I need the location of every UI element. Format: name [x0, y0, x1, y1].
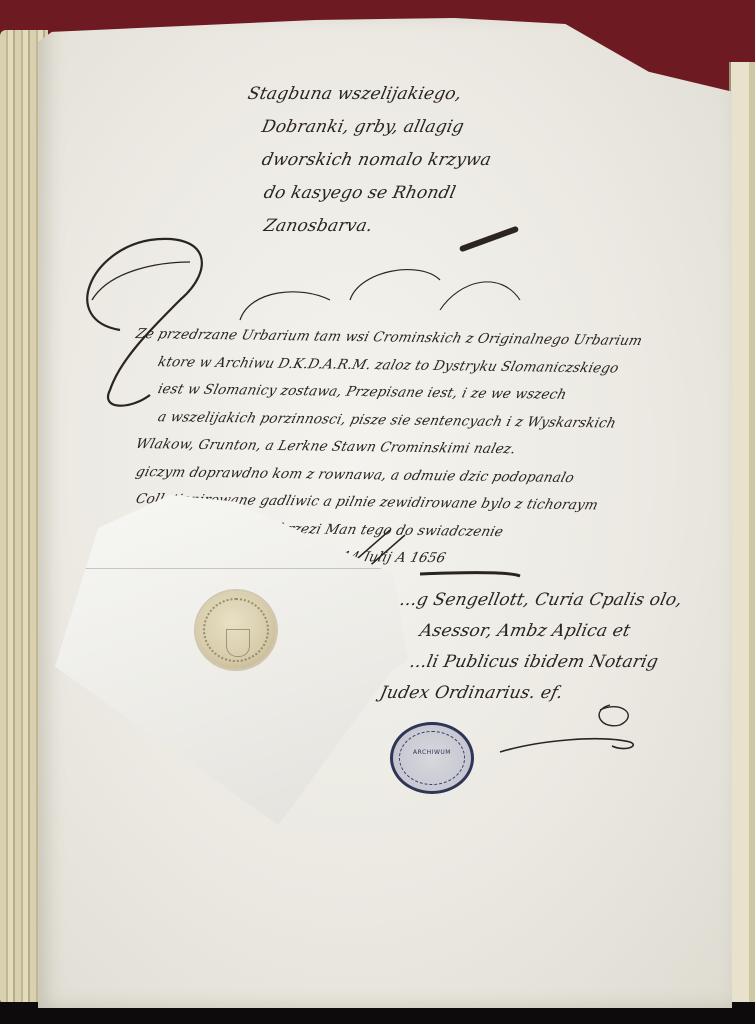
- signature-line: ...li Publicus ibidem Notarig: [407, 647, 685, 678]
- heading-line: dworskich nomalo krzywa: [258, 144, 494, 177]
- heading-line: Dobranki, grby, allagig: [258, 111, 494, 144]
- stamp-text: ARCHIWUM: [393, 749, 471, 756]
- signature-line: Asessor, Ambz Aplica et: [417, 616, 685, 647]
- heading-line: Stagbuna wszelijakiego,: [244, 78, 494, 111]
- signature-line: ...g Sengellott, Curia Cpalis olo,: [397, 585, 685, 616]
- archive-stamp-icon: ARCHIWUM: [390, 722, 474, 794]
- signature-line: Judex Ordinarius. ef.: [377, 678, 685, 709]
- signature-block: ...g Sengellott, Curia Cpalis olo, Asess…: [400, 585, 682, 709]
- heading-line: Zanosbarva.: [260, 210, 494, 243]
- wax-seal-icon: [196, 591, 276, 669]
- heading-text-block: Stagbuna wszelijakiego, Dobranki, grby, …: [248, 78, 491, 243]
- heading-line: do kasyego se Rhondl: [260, 177, 494, 210]
- paper-fold-line: [55, 568, 415, 569]
- book-page-edges-right: [729, 62, 755, 1007]
